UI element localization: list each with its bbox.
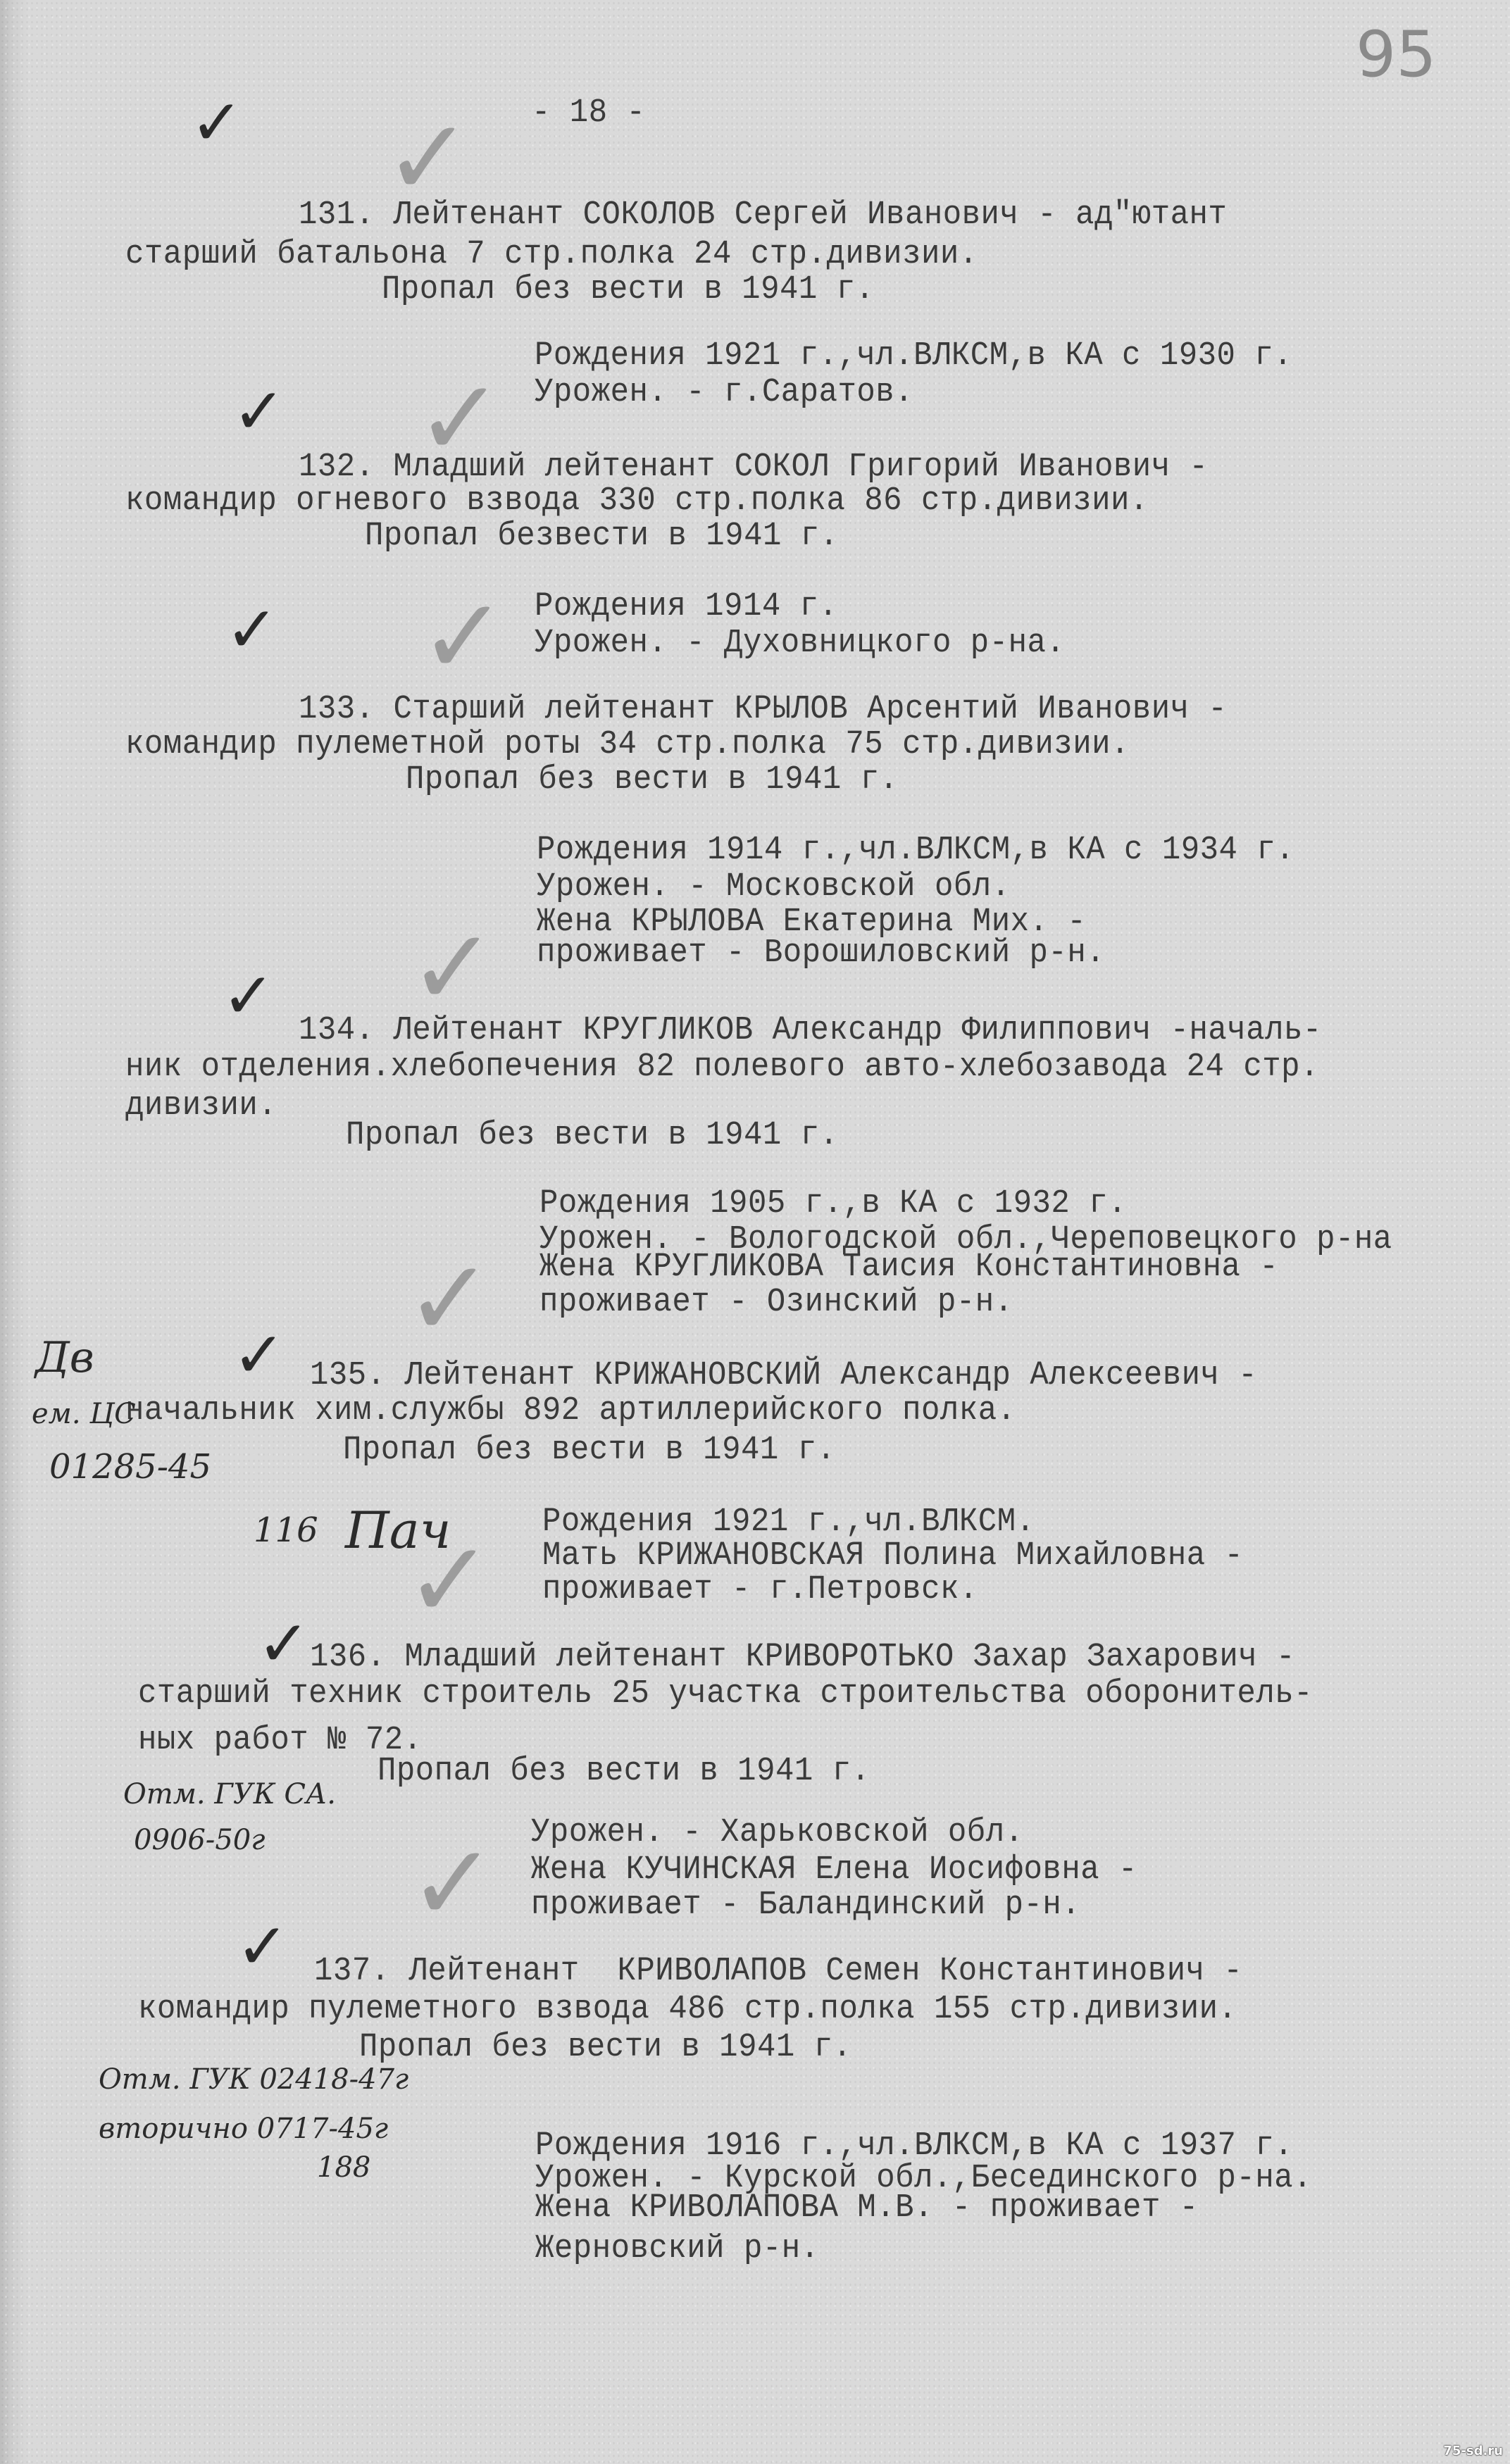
check-mark-icon: ✓ bbox=[419, 584, 508, 690]
entry-133-line-2: командир пулеметной роты 34 стр.полка 75… bbox=[125, 725, 1130, 763]
entry-137-residence: Жерновский р-н. bbox=[535, 2230, 820, 2268]
entry-133-residence: проживает - Ворошиловский р-н. bbox=[537, 934, 1105, 972]
entry-134-line-2: ник отделения.хлебопечения 82 полевого а… bbox=[125, 1048, 1319, 1086]
entry-137-status: Пропал без вести в 1941 г. bbox=[359, 2028, 852, 2066]
entry-135-line-2: начальник хим.службы 892 артиллерийского… bbox=[125, 1392, 1016, 1430]
entry-131-origin: Урожен. - г.Саратов. bbox=[535, 373, 913, 411]
entry-136-residence: проживает - Баландинский р-н. bbox=[531, 1886, 1080, 1924]
entry-136-spouse: Жена КУЧИНСКАЯ Елена Иосифовна - bbox=[531, 1851, 1137, 1889]
check-mark-icon: ✓ bbox=[222, 965, 275, 1028]
entry-133-status: Пропал без вести в 1941 г. bbox=[406, 761, 899, 799]
check-mark-icon: ✓ bbox=[408, 915, 497, 1021]
entry-135-signature: Пач bbox=[345, 1514, 451, 1546]
entry-137-line-1: 137. Лейтенант КРИВОЛАПОВ Семен Констант… bbox=[314, 1952, 1242, 1990]
archive-number: 95 bbox=[1356, 39, 1437, 71]
check-mark-icon: ✓ bbox=[225, 599, 278, 662]
entry-136-origin: Урожен. - Харьковской обл. bbox=[531, 1813, 1024, 1851]
entry-134-birth: Рождения 1905 г.,в КА с 1932 г. bbox=[539, 1184, 1127, 1222]
document-page: - 18 - 95 ✓ ✓ ✓ ✓ ✓ ✓ ✓ ✓ ✓ ✓ ✓ ✓ ✓ ✓ 13… bbox=[0, 0, 1510, 2464]
entry-137-annotation-1: Отм. ГУК 02418-47г bbox=[99, 2063, 408, 2096]
entry-136-status: Пропал без вести в 1941 г. bbox=[377, 1752, 871, 1790]
entry-136-line-1: 136. Младший лейтенант КРИВОРОТЬКО Захар… bbox=[310, 1638, 1295, 1676]
entry-132-birth: Рождения 1914 г. bbox=[535, 587, 837, 625]
entry-136-annotation-2: 0906-50г bbox=[134, 1824, 265, 1856]
entry-135-annotation-3: 01285-45 bbox=[49, 1451, 211, 1483]
entry-132-line-2: командир огневого взвода 330 стр.полка 8… bbox=[125, 482, 1149, 520]
watermark: 75-sd.ru bbox=[1443, 2444, 1503, 2458]
entry-135-status: Пропал без вести в 1941 г. bbox=[343, 1431, 836, 1469]
entry-133-birth: Рождения 1914 г.,чл.ВЛКСМ,в КА с 1934 г. bbox=[537, 831, 1294, 869]
entry-132-origin: Урожен. - Духовницкого р-на. bbox=[535, 624, 1065, 662]
check-mark-icon: ✓ bbox=[408, 1831, 497, 1937]
check-mark-icon: ✓ bbox=[236, 1915, 289, 1979]
entry-131-line-1: 131. Лейтенант СОКОЛОВ Сергей Иванович -… bbox=[299, 196, 1227, 234]
check-mark-icon: ✓ bbox=[232, 1324, 285, 1387]
entry-134-spouse: Жена КРУГЛИКОВА Таисия Константиновна - bbox=[539, 1248, 1278, 1286]
check-mark-icon: ✓ bbox=[232, 380, 285, 444]
check-mark-icon: ✓ bbox=[190, 92, 243, 155]
entry-131-status: Пропал без вести в 1941 г. bbox=[382, 270, 875, 308]
entry-132-line-1: 132. Младший лейтенант СОКОЛ Григорий Ив… bbox=[299, 448, 1208, 486]
entry-131-line-2: старший батальона 7 стр.полка 24 стр.див… bbox=[125, 235, 978, 273]
entry-135-annotation-4: 116 bbox=[254, 1514, 318, 1546]
entry-135-birth: Рождения 1921 г.,чл.ВЛКСМ. bbox=[542, 1503, 1035, 1541]
entry-134-residence: проживает - Озинский р-н. bbox=[539, 1283, 1013, 1321]
page-number: - 18 - bbox=[532, 94, 645, 132]
entry-135-residence: проживает - г.Петровск. bbox=[542, 1570, 978, 1608]
entry-135-annotation-1: Дв bbox=[35, 1342, 94, 1374]
entry-137-annotation-3: 188 bbox=[317, 2151, 370, 2184]
entry-137-annotation-2: вторично 0717-45г bbox=[99, 2113, 388, 2145]
entry-135-line-1: 135. Лейтенант КРИЖАНОВСКИЙ Александр Ал… bbox=[310, 1356, 1257, 1394]
entry-136-annotation-1: Отм. ГУК СА. bbox=[123, 1778, 336, 1811]
entry-134-line-3: дивизии. bbox=[125, 1087, 277, 1125]
entry-132-status: Пропал безвести в 1941 г. bbox=[365, 517, 839, 555]
check-mark-icon: ✓ bbox=[257, 1613, 310, 1676]
entry-133-line-1: 133. Старший лейтенант КРЫЛОВ Арсентий И… bbox=[299, 690, 1227, 728]
entry-135-annotation-2: ем. ЦС bbox=[32, 1398, 136, 1430]
entry-136-line-2: старший техник строитель 25 участка стро… bbox=[138, 1675, 1313, 1713]
entry-137-spouse: Жена КРИВОЛАПОВА М.В. - проживает - bbox=[535, 2189, 1199, 2227]
check-mark-icon: ✓ bbox=[405, 1246, 494, 1352]
entry-137-line-2: командир пулеметного взвода 486 стр.полк… bbox=[138, 1990, 1237, 2028]
entry-134-status: Пропал без вести в 1941 г. bbox=[346, 1116, 839, 1154]
entry-131-birth: Рождения 1921 г.,чл.ВЛКСМ,в КА с 1930 г. bbox=[535, 337, 1292, 375]
entry-133-origin: Урожен. - Московской обл. bbox=[537, 868, 1011, 906]
entry-135-mother: Мать КРИЖАНОВСКАЯ Полина Михайловна - bbox=[542, 1537, 1243, 1575]
entry-134-line-1: 134. Лейтенант КРУГЛИКОВ Александр Филип… bbox=[299, 1011, 1322, 1049]
